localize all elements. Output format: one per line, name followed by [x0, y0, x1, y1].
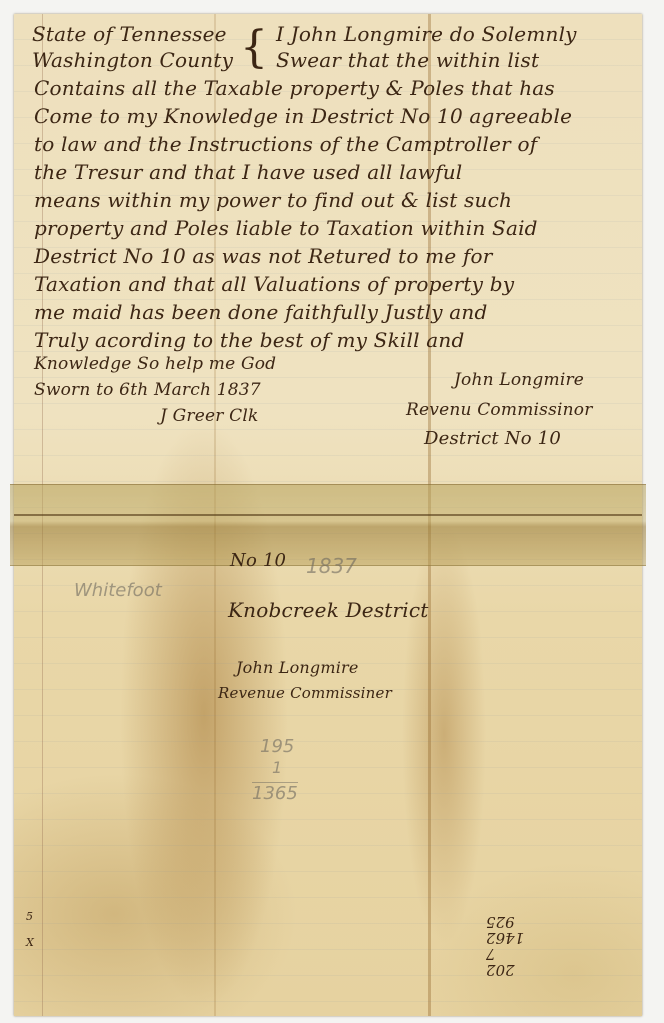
fold-tear [14, 514, 642, 516]
docket-district: Knobcreek Destrict [228, 598, 429, 622]
oath-line: property and Poles liable to Taxation wi… [34, 216, 538, 240]
margin-mark: 5 [26, 910, 33, 923]
inverted-sum: 925 [486, 914, 524, 930]
oath-line: the Tresur and that I have used all lawf… [34, 160, 462, 184]
oath-line: Destrict No 10 as was not Retured to me … [34, 244, 493, 268]
signature-name: John Longmire [454, 370, 584, 390]
signature-district: Destrict No 10 [424, 428, 561, 449]
oath-line: Knowledge So help me God [34, 354, 276, 374]
inverted-sum: 1462 [486, 930, 524, 946]
docket-title: Revenue Commissiner [218, 684, 392, 702]
clerk-signature: J Greer Clk [160, 406, 259, 426]
pencil-sum: 195 [260, 736, 294, 757]
inverted-sum: 202 [486, 962, 524, 978]
oath-line: me maid has been done faithfully Justly … [34, 300, 488, 324]
oath-line: to law and the Instructions of the Campt… [34, 132, 537, 156]
inverted-sums: 202 7 1462 925 [486, 914, 524, 978]
pencil-sum: 1 [272, 758, 282, 777]
oath-line: Contains all the Taxable property & Pole… [34, 76, 555, 100]
margin-mark: X [26, 936, 34, 949]
brace-mark: { [240, 22, 268, 73]
oath-line: Come to my Knowledge in Destrict No 10 a… [34, 104, 572, 128]
oath-line: Taxation and that all Valuations of prop… [34, 272, 514, 296]
oath-line: Truly acording to the best of my Skill a… [34, 328, 464, 352]
document-page: State of Tennessee Washington County { I… [14, 14, 642, 1016]
docket-number: No 10 [230, 550, 286, 571]
oath-line: means within my power to find out & list… [34, 188, 512, 212]
oath-line: Swear that the within list [276, 48, 539, 72]
inverted-sum: 7 [486, 946, 524, 962]
docket-name: John Longmire [236, 658, 359, 677]
docket-pencil-year: 1837 [306, 554, 357, 578]
pencil-sum-total: 1365 [252, 782, 298, 804]
oath-line: I John Longmire do Solemnly [276, 22, 577, 46]
header-state: State of Tennessee [32, 22, 227, 46]
sworn-date: Sworn to 6th March 1837 [34, 380, 261, 400]
header-county: Washington County [32, 48, 233, 72]
docket-pencil-note: Whitefoot [74, 580, 162, 601]
signature-title: Revenu Commissinor [406, 400, 593, 420]
